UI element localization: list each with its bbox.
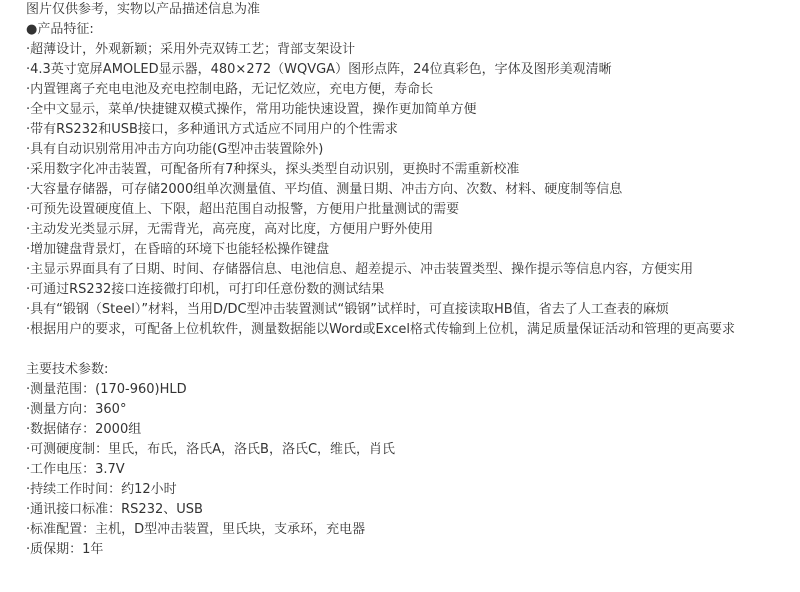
section-spacer [26,340,786,360]
features-list: ·超薄设计，外观新颖；采用外壳双铸工艺；背部支架设计 ·4.3英寸宽屏AMOLE… [26,40,786,340]
spec-item: ·通讯接口标准：RS232、USB [26,500,786,520]
feature-item: ·大容量存储器，可存储2000组单次测量值、平均值、测量日期、冲击方向、次数、材… [26,180,786,200]
spec-item: ·数据储存：2000组 [26,420,786,440]
spec-item: ·标准配置：主机，D型冲击装置，里氏块，支承环，充电器 [26,520,786,540]
feature-item: ·根据用户的要求，可配备上位机软件，测量数据能以Word或Excel格式传输到上… [26,320,776,340]
features-heading: ●产品特征: [26,20,786,40]
feature-item: ·内置锂离子充电电池及充电控制电路，无记忆效应，充电方便，寿命长 [26,80,786,100]
feature-item: ·全中文显示，菜单/快捷键双模式操作，常用功能快速设置，操作更加简单方便 [26,100,786,120]
feature-item: ·采用数字化冲击装置，可配备所有7种探头，探头类型自动识别，更换时不需重新校准 [26,160,786,180]
spec-item: ·可测硬度制：里氏，布氏，洛氏A，洛氏B，洛氏C，维氏，肖氏 [26,440,786,460]
feature-item: ·主动发光类显示屏，无需背光，高亮度，高对比度，方便用户野外使用 [26,220,786,240]
image-disclaimer: 图片仅供参考，实物以产品描述信息为准 [26,0,786,20]
feature-item: ·带有RS232和USB接口，多种通讯方式适应不同用户的个性需求 [26,120,786,140]
feature-item: ·可通过RS232接口连接微打印机，可打印任意份数的测试结果 [26,280,786,300]
feature-item: ·可预先设置硬度值上、下限，超出范围自动报警，方便用户批量测试的需要 [26,200,786,220]
feature-item: ·增加键盘背景灯，在昏暗的环境下也能轻松操作键盘 [26,240,786,260]
specs-list: ·测量范围：(170-960)HLD ·测量方向：360° ·数据储存：2000… [26,380,786,560]
feature-item: ·主显示界面具有了日期、时间、存储器信息、电池信息、超差提示、冲击装置类型、操作… [26,260,786,280]
spec-item: ·持续工作时间：约12小时 [26,480,786,500]
feature-item: ·具有“锻钢（Steel）”材料，当用D/DC型冲击装置测试“锻钢”试样时，可直… [26,300,786,320]
product-description: 图片仅供参考，实物以产品描述信息为准 ●产品特征: ·超薄设计，外观新颖；采用外… [26,0,786,560]
spec-item: ·测量范围：(170-960)HLD [26,380,786,400]
spec-item: ·质保期：1年 [26,540,786,560]
feature-item: ·超薄设计，外观新颖；采用外壳双铸工艺；背部支架设计 [26,40,786,60]
spec-item: ·测量方向：360° [26,400,786,420]
specs-heading: 主要技术参数: [26,360,786,380]
feature-item: ·4.3英寸宽屏AMOLED显示器，480×272（WQVGA）图形点阵，24位… [26,60,786,80]
feature-item: ·具有自动识别常用冲击方向功能(G型冲击装置除外) [26,140,786,160]
spec-item: ·工作电压：3.7V [26,460,786,480]
